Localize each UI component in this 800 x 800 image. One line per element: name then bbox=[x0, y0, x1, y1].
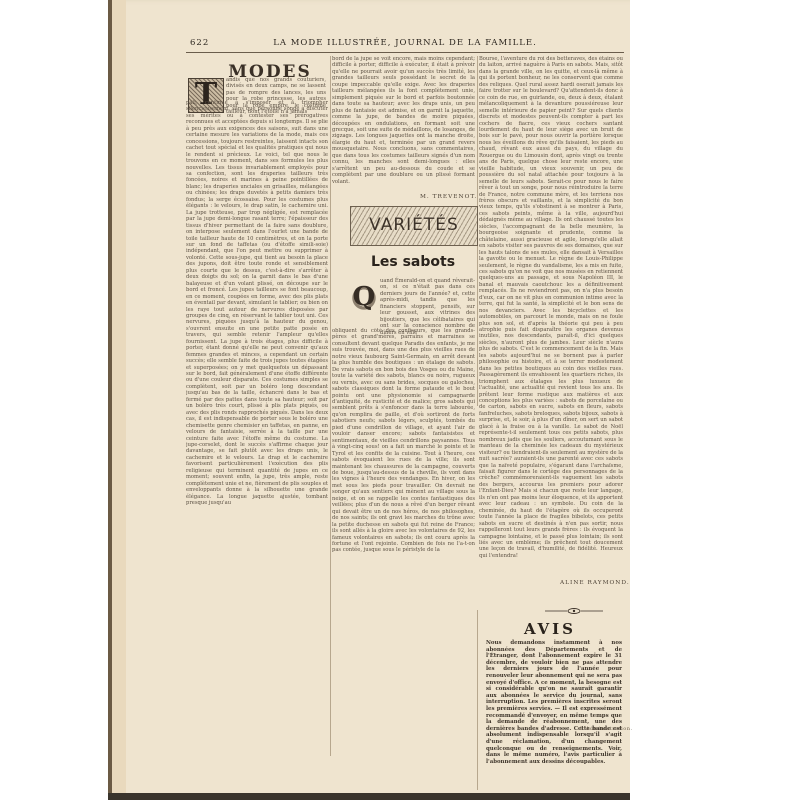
avis-heading: AVIS bbox=[478, 620, 622, 638]
column-divider bbox=[330, 56, 331, 756]
modes-continued-text: bord de la jupe se voit encore, mais moi… bbox=[332, 56, 475, 190]
varietes-banner-label: VARIÉTÉS bbox=[351, 215, 477, 235]
modes-body-text: pâli, continue à s'imposer et à triomphe… bbox=[186, 100, 328, 760]
running-header: 622 LA MODE ILLUSTRÉE, JOURNAL DE LA FAM… bbox=[190, 38, 620, 50]
sabots-heading: Les sabots bbox=[350, 254, 476, 270]
avis-body-text: Nous demandons instamment à nos abonnées… bbox=[486, 640, 622, 765]
journal-title: LA MODE ILLUSTRÉE, JOURNAL DE LA FAMILLE… bbox=[190, 38, 620, 48]
sabots-body-text: obliquent du côté des confiseurs, que le… bbox=[332, 328, 475, 758]
page-bottom-edge bbox=[108, 793, 630, 800]
avis-signature: L'Administration. bbox=[580, 726, 633, 732]
header-rule bbox=[186, 52, 624, 53]
page-margin-strip bbox=[112, 0, 126, 800]
decorated-initial-q-icon: Q bbox=[351, 278, 377, 318]
varietes-banner: VARIÉTÉS bbox=[350, 206, 478, 246]
ornament-divider-icon bbox=[545, 608, 603, 614]
modes-author-signature: M. TREVENOT. bbox=[420, 194, 477, 200]
sabots-author-signature: ALINE RAYMOND. bbox=[560, 580, 630, 586]
sabots-continued-text: Bourse, l'aventure du roi des betteraves… bbox=[479, 56, 623, 576]
